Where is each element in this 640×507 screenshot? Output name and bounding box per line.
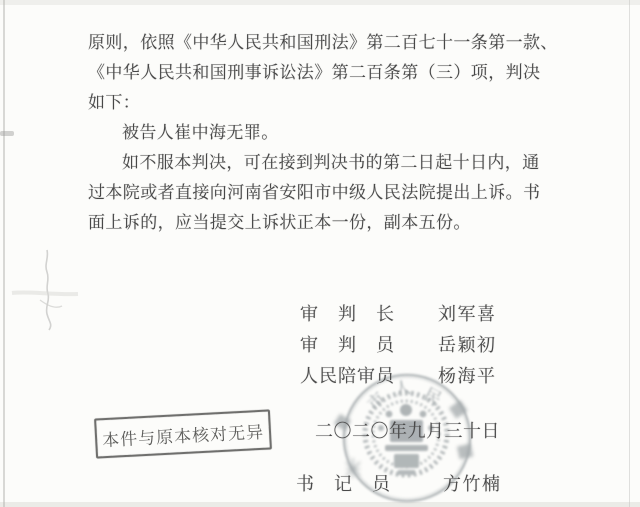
signature-role: 人民陪审员 bbox=[300, 362, 395, 388]
signature-role: 审 判 员 bbox=[300, 331, 395, 357]
signature-name: 杨海平 bbox=[438, 362, 497, 388]
signature-name: 岳颖初 bbox=[438, 331, 497, 357]
scanned-court-judgment-page: 原则，依照《中华人民共和国刑法》第二百七十一条第一款、 《中华人民共和国刑事诉讼… bbox=[0, 0, 640, 507]
signature-role: 审 判 长 bbox=[300, 300, 395, 326]
signature-name: 刘军喜 bbox=[438, 300, 497, 326]
clerk-role: 书 记 员 bbox=[296, 470, 391, 496]
clerk-name: 方竹楠 bbox=[443, 470, 502, 496]
judgment-date: 二〇二〇年九月三十日 bbox=[315, 417, 500, 443]
